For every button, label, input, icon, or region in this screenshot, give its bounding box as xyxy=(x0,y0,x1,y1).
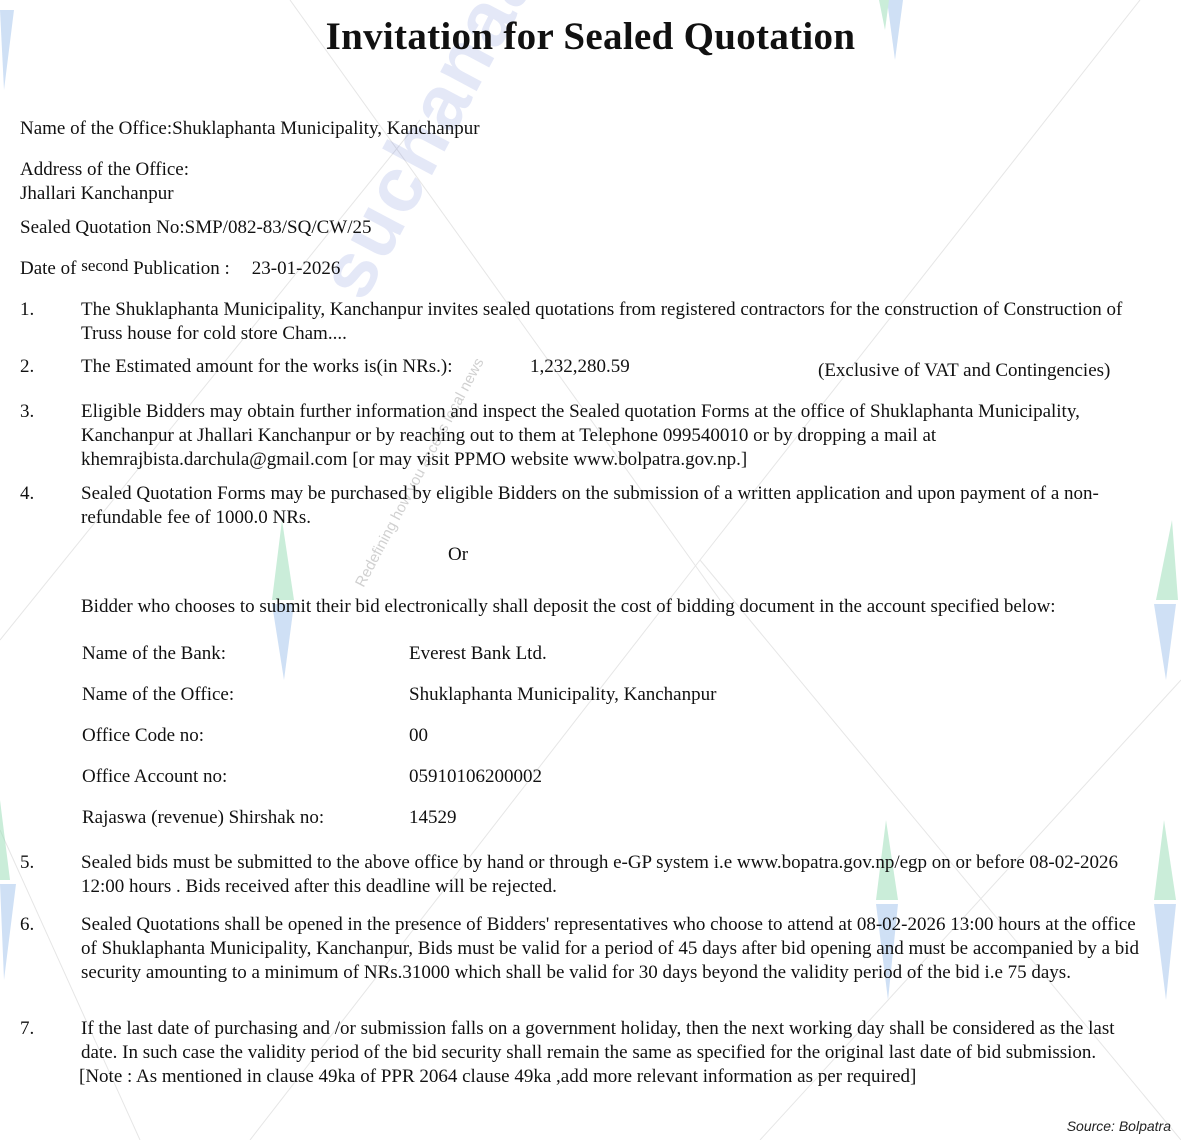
quotation-number-value: SMP/082-83/SQ/CW/25 xyxy=(185,217,372,238)
clause-4: 4. Sealed Quotation Forms may be purchas… xyxy=(20,482,1140,532)
clause-2: 2. The Estimated amount for the works is… xyxy=(20,355,1140,385)
clause-6: 6. Sealed Quotations shall be opened in … xyxy=(20,913,1140,1011)
office-name-label: Name of the Office: xyxy=(20,118,172,139)
address-label: Address of the Office: xyxy=(20,159,189,181)
clause-text: The Estimated amount for the works is(in… xyxy=(81,356,453,377)
clause-number: 3. xyxy=(20,400,34,424)
bank-detail-value: Shuklaphanta Municipality, Kanchanpur xyxy=(409,684,716,706)
bank-detail-label: Rajaswa (revenue) Shirshak no: xyxy=(82,807,324,829)
clause-body: If the last date of purchasing and /or s… xyxy=(81,1017,1140,1089)
clause-1: 1. The Shuklaphanta Municipality, Kancha… xyxy=(20,298,1140,348)
publication-label-second: second xyxy=(81,256,128,275)
clause-note: [Note : As mentioned in clause 49ka of P… xyxy=(79,1065,1140,1089)
publication-label-post: Publication : xyxy=(133,258,230,279)
clause-number: 5. xyxy=(20,851,34,875)
office-name-line: Name of the Office:Shuklaphanta Municipa… xyxy=(20,118,480,140)
publication-date-line: Date of second Publication :23-01-2026 xyxy=(20,258,340,280)
clause-number: 1. xyxy=(20,298,34,322)
clause-text: Sealed Quotation Forms may be purchased … xyxy=(81,482,1140,530)
estimated-amount-note: (Exclusive of VAT and Contingencies) xyxy=(818,359,1110,383)
bank-detail-value: Everest Bank Ltd. xyxy=(409,643,547,665)
page-title: Invitation for Sealed Quotation xyxy=(0,14,1181,59)
clause-number: 7. xyxy=(20,1017,34,1041)
quotation-number-line: Sealed Quotation No:SMP/082-83/SQ/CW/25 xyxy=(20,217,372,239)
electronic-submission-text: Bidder who chooses to submit their bid e… xyxy=(81,596,1056,618)
clause-number: 4. xyxy=(20,482,34,506)
or-separator: Or xyxy=(448,544,468,566)
clause-text: Sealed Quotations shall be opened in the… xyxy=(81,913,1140,985)
clause-text: Sealed bids must be submitted to the abo… xyxy=(81,851,1140,899)
publication-label-pre: Date of xyxy=(20,258,76,279)
clause-number: 2. xyxy=(20,355,34,379)
bank-detail-label: Office Account no: xyxy=(82,766,227,788)
clause-text: If the last date of purchasing and /or s… xyxy=(81,1018,1115,1063)
clause-3: 3. Eligible Bidders may obtain further i… xyxy=(20,400,1140,474)
watermark-logo-icon xyxy=(1150,520,1178,680)
clause-number: 6. xyxy=(20,913,34,937)
bank-detail-label: Name of the Office: xyxy=(82,684,234,706)
clause-body: The Estimated amount for the works is(in… xyxy=(81,355,1140,379)
bank-detail-value: 14529 xyxy=(409,807,457,829)
clause-text: The Shuklaphanta Municipality, Kanchanpu… xyxy=(81,298,1140,346)
publication-date: 23-01-2026 xyxy=(252,258,341,279)
office-name-value: Shuklaphanta Municipality, Kanchanpur xyxy=(172,118,479,139)
address-value: Jhallari Kanchanpur xyxy=(20,183,174,205)
watermark-logo-icon xyxy=(1150,820,1178,1000)
bank-detail-value: 05910106200002 xyxy=(409,766,542,788)
clause-7: 7. If the last date of purchasing and /o… xyxy=(20,1017,1140,1117)
source-credit: Source: Bolpatra xyxy=(1067,1118,1171,1134)
bank-detail-label: Office Code no: xyxy=(82,725,204,747)
clause-5: 5. Sealed bids must be submitted to the … xyxy=(20,851,1140,901)
quotation-number-label: Sealed Quotation No: xyxy=(20,217,185,238)
estimated-amount: 1,232,280.59 xyxy=(530,355,630,379)
clause-text: Eligible Bidders may obtain further info… xyxy=(81,400,1140,472)
bank-detail-label: Name of the Bank: xyxy=(82,643,226,665)
bank-detail-value: 00 xyxy=(409,725,428,747)
